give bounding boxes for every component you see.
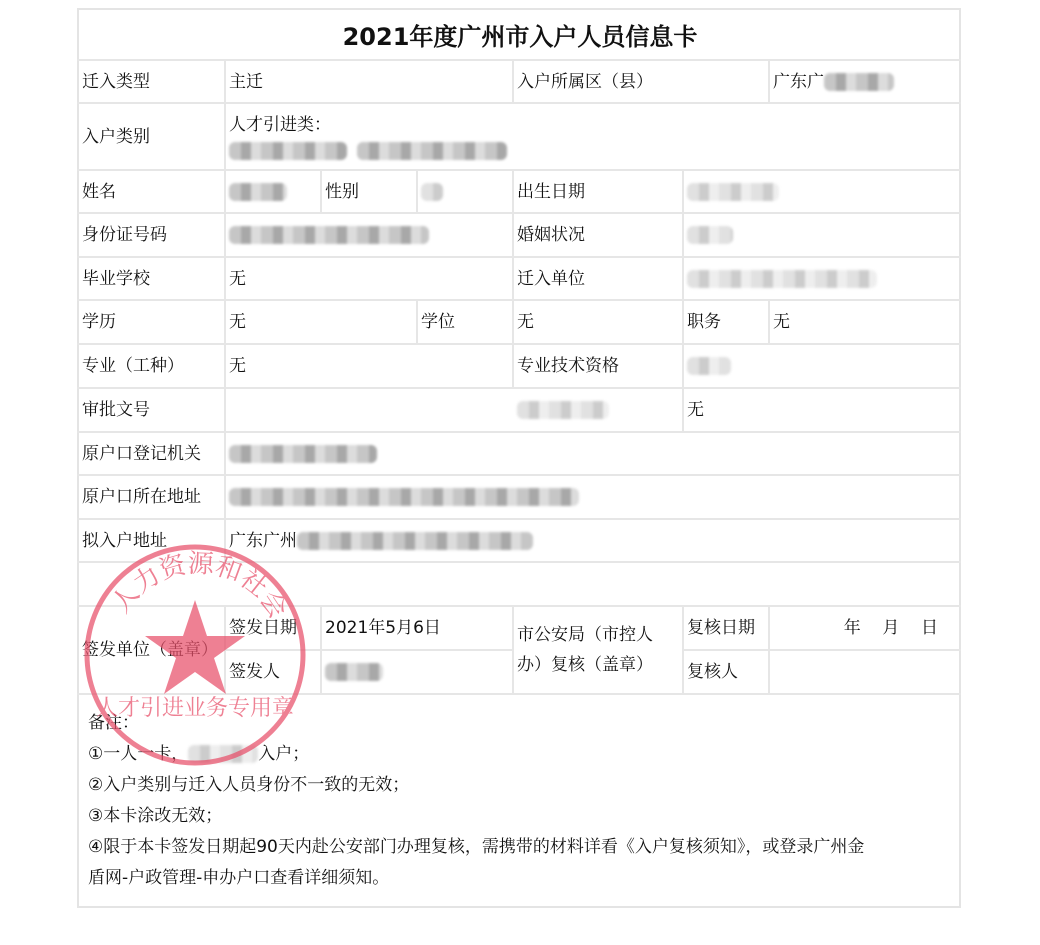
note-item-1-text: ①一人一卡， — [88, 744, 188, 764]
name-label: 姓名 — [79, 170, 224, 213]
signer-label: 签发人 — [226, 650, 320, 694]
district-value-text: 广东广 — [773, 71, 824, 93]
redacted-qualification — [687, 357, 731, 375]
orig-authority-value — [226, 432, 960, 475]
id-value — [226, 213, 512, 257]
approval-redacted-label — [514, 388, 682, 432]
note-item-4-continued: 盾网-户政管理-申办户口查看详细须知。 — [88, 863, 948, 894]
qualification-value — [684, 344, 960, 388]
redacted-signer — [325, 663, 383, 681]
district-label: 入户所属区（县） — [514, 60, 768, 103]
approval-label: 审批文号 — [79, 388, 224, 432]
approval-right-value: 无 — [684, 388, 960, 432]
notes-heading: 备注： — [88, 708, 948, 739]
education-label: 学历 — [79, 300, 224, 344]
note-item-3: ③本卡涂改无效； — [88, 801, 948, 832]
id-label: 身份证号码 — [79, 213, 224, 257]
signer-value — [322, 650, 512, 694]
note-item-1: ①一人一卡，入户； — [88, 739, 948, 770]
reviewer-value — [770, 650, 960, 694]
position-label: 职务 — [684, 300, 768, 344]
note-item-4: ④限于本卡签发日期起90天内赴公安部门办理复核，需携带的材料详看《入户复核须知》… — [88, 832, 948, 863]
review-date-value: 年 月 日 — [770, 606, 960, 650]
position-value: 无 — [770, 300, 960, 344]
redacted-category-2 — [357, 142, 507, 160]
move-type-value: 主迁 — [226, 60, 512, 103]
approval-value — [226, 388, 512, 432]
redacted-orig-address — [229, 488, 579, 506]
orig-address-label: 原户口所在地址 — [79, 475, 224, 519]
redacted-marital — [687, 226, 733, 244]
redacted-unit — [687, 270, 877, 288]
note-item-1-tail: 入户； — [258, 744, 309, 764]
redacted-id — [229, 226, 429, 244]
issue-date-value: 2021年5月6日 — [322, 606, 512, 650]
new-address-text: 广东广州 — [229, 530, 297, 552]
major-label: 专业（工种） — [79, 344, 224, 388]
redacted-approval — [517, 401, 609, 419]
category-label: 入户类别 — [79, 103, 224, 170]
orig-address-value — [226, 475, 960, 519]
degree-value: 无 — [514, 300, 682, 344]
review-date-label: 复核日期 — [684, 606, 768, 650]
school-value: 无 — [226, 257, 512, 300]
redacted-district — [824, 73, 894, 91]
unit-label: 迁入单位 — [514, 257, 682, 300]
major-value: 无 — [226, 344, 512, 388]
category-value: 人才引进类： — [226, 103, 960, 170]
unit-value — [684, 257, 960, 300]
issuer-label: 签发单位（盖章） — [79, 606, 219, 694]
redacted-new-address — [297, 532, 533, 550]
notes-section: 备注： ①一人一卡，入户； ②入户类别与迁入人员身份不一致的无效； ③本卡涂改无… — [88, 708, 948, 894]
marital-label: 婚姻状况 — [514, 213, 682, 257]
qualification-label: 专业技术资格 — [514, 344, 682, 388]
issue-date-label: 签发日期 — [226, 606, 320, 650]
redacted-orig-authority — [229, 445, 377, 463]
redacted-birth — [687, 183, 779, 201]
gender-label: 性别 — [322, 170, 416, 213]
new-address-label: 拟入户地址 — [79, 519, 224, 562]
gender-value — [418, 170, 512, 213]
move-type-label: 迁入类型 — [79, 60, 224, 103]
birth-label: 出生日期 — [514, 170, 682, 213]
redacted-note-1 — [188, 745, 258, 763]
redacted-name — [229, 183, 287, 201]
card-title: 2021年度广州市入户人员信息卡 — [0, 8, 1040, 60]
birth-value — [684, 170, 960, 213]
category-value-text: 人才引进类： — [229, 114, 331, 136]
redacted-gender — [421, 183, 443, 201]
degree-label: 学位 — [418, 300, 512, 344]
orig-authority-label: 原户口登记机关 — [79, 432, 224, 475]
school-label: 毕业学校 — [79, 257, 224, 300]
marital-value — [684, 213, 960, 257]
education-value: 无 — [226, 300, 416, 344]
new-address-value: 广东广州 — [226, 519, 960, 562]
reviewer-label: 复核人 — [684, 650, 768, 694]
police-review-label: 市公安局（市控人办）复核（盖章） — [514, 606, 674, 694]
note-item-2: ②入户类别与迁入人员身份不一致的无效； — [88, 770, 948, 801]
redacted-category-1 — [229, 142, 347, 160]
name-value — [226, 170, 320, 213]
district-value: 广东广 — [770, 60, 960, 103]
